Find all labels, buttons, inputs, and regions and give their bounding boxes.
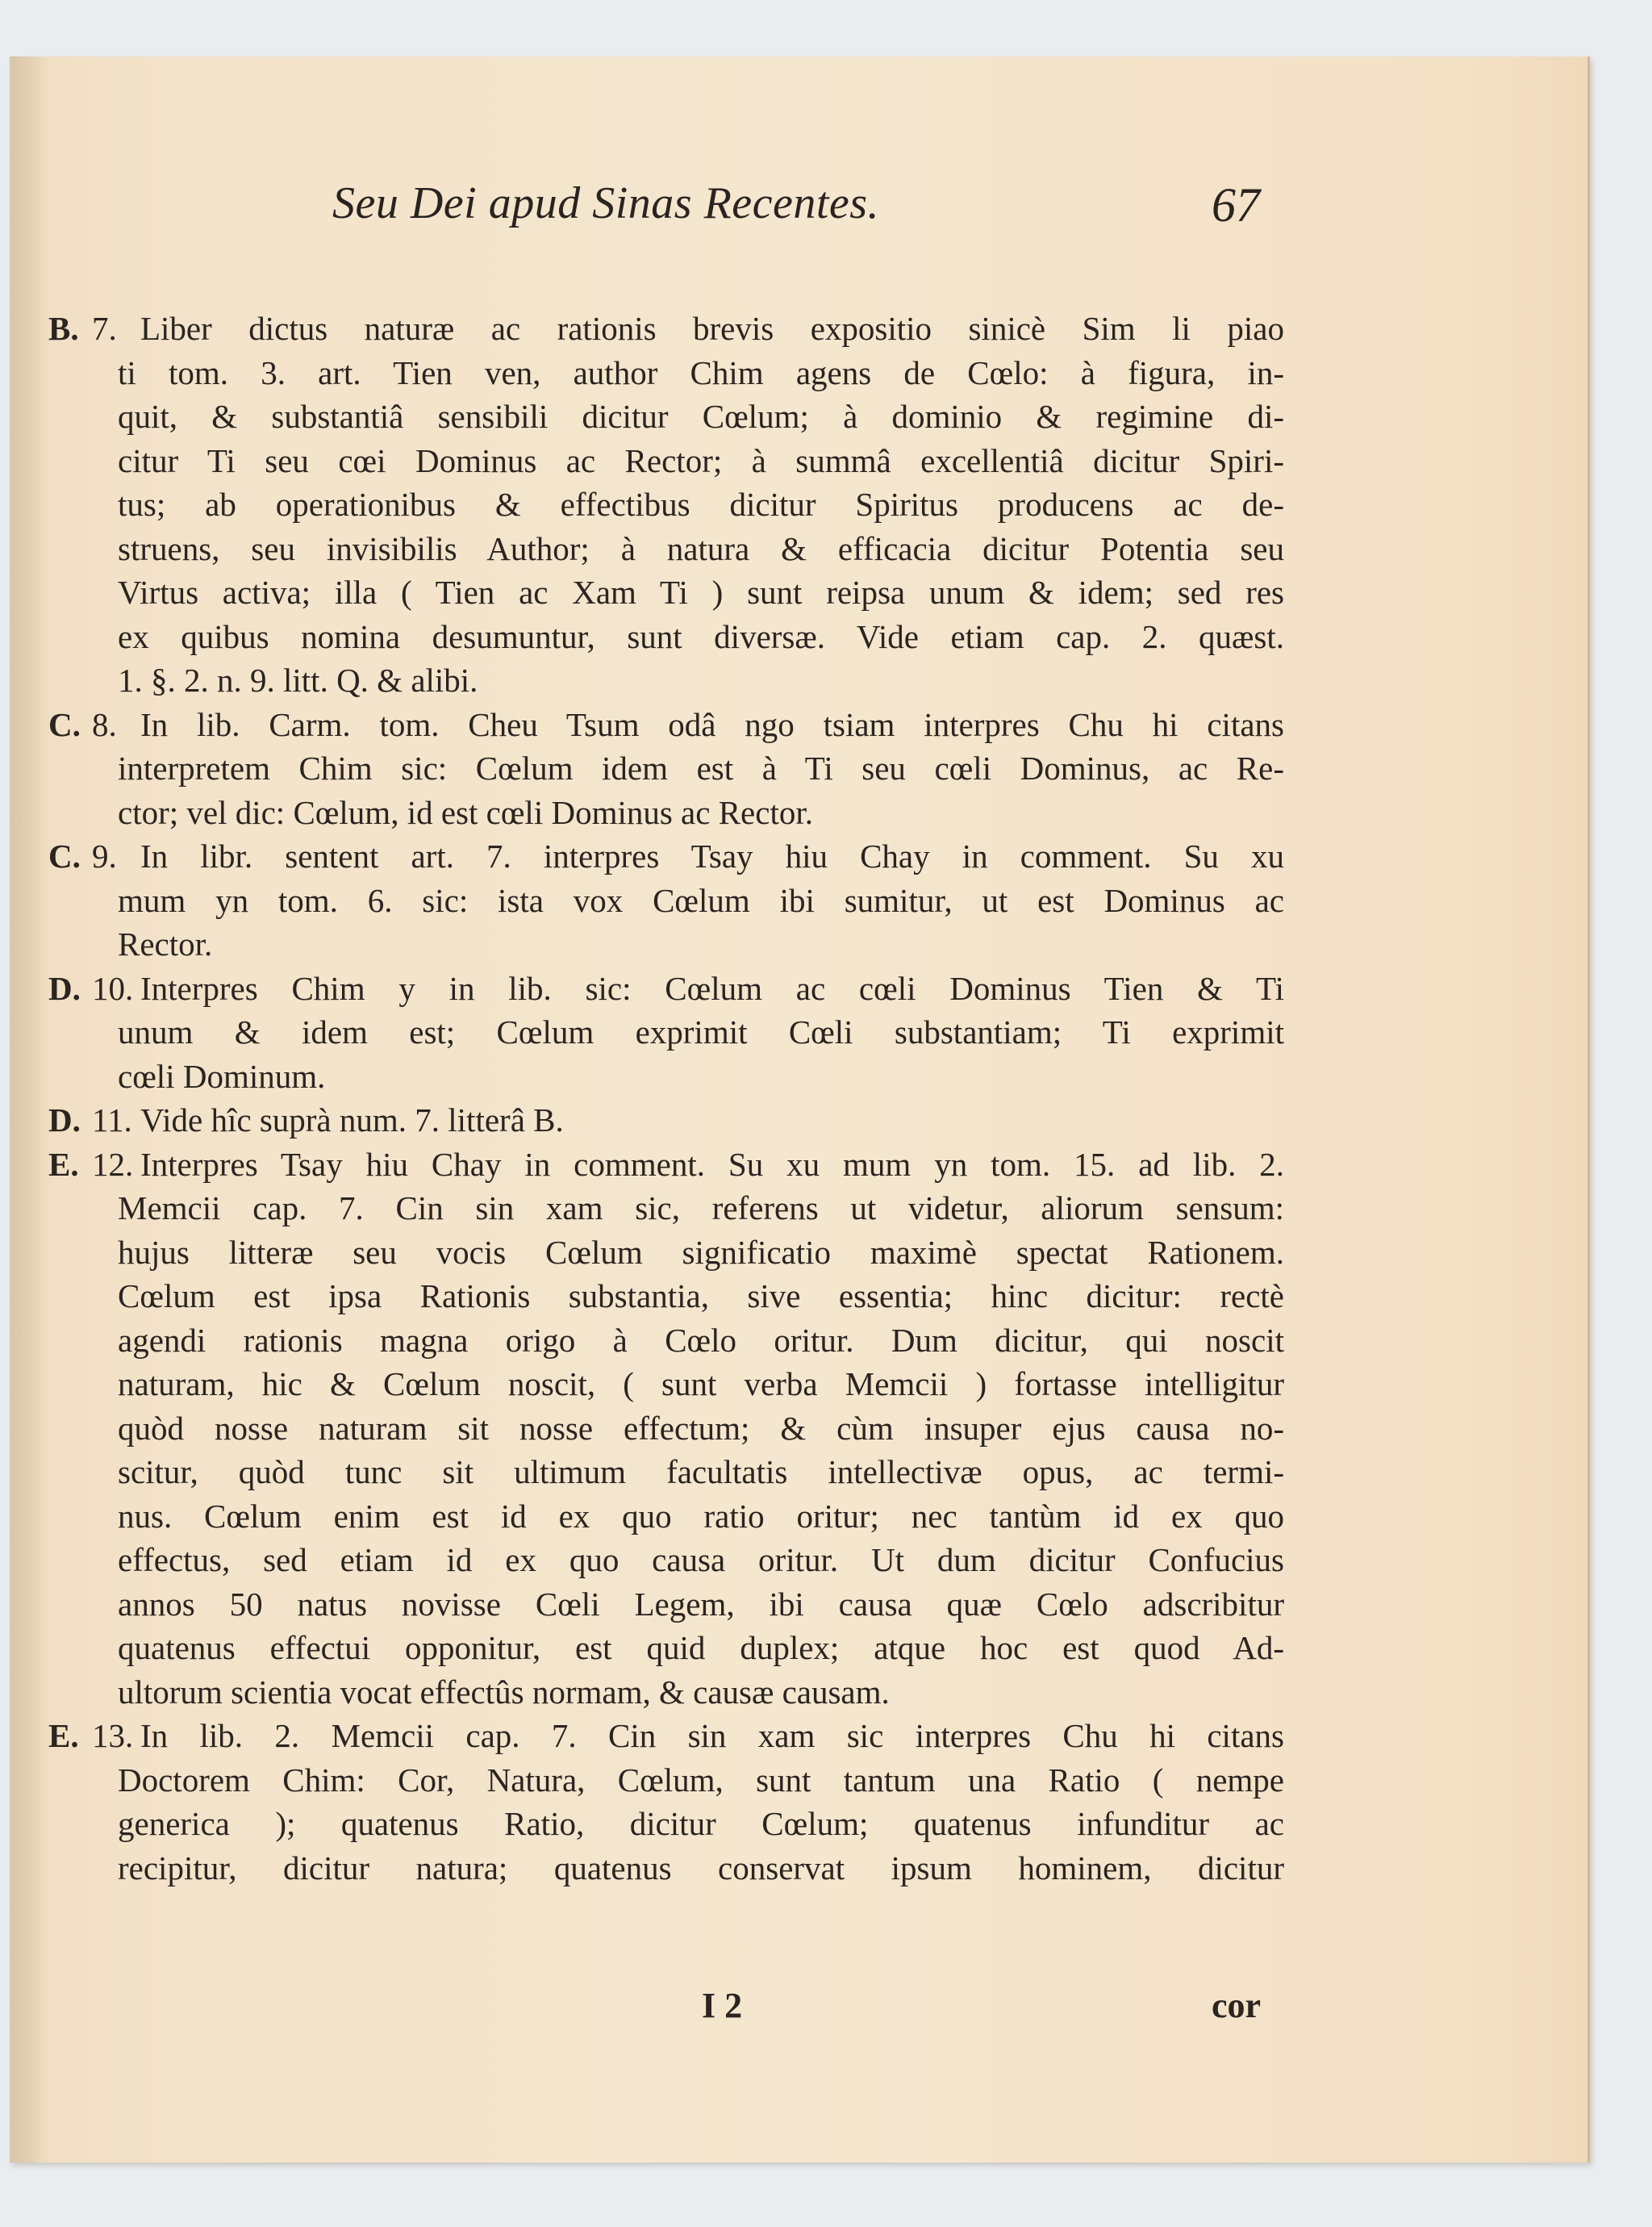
page-number: 67 bbox=[1212, 178, 1260, 233]
entry-number: 10. bbox=[92, 967, 140, 1011]
text-line: unum & idem est; Cœlum exprimit Cœli sub… bbox=[48, 1010, 1284, 1055]
text-line: naturam, hic & Cœlum noscit, ( sunt verb… bbox=[48, 1362, 1284, 1406]
text-line: ti tom. 3. art. Tien ven, author Chim ag… bbox=[48, 351, 1284, 395]
entry-8: C.8.In lib. Carm. tom. Cheu Tsum odâ ngo… bbox=[48, 703, 1284, 835]
text-line: generica ); quatenus Ratio, dicitur Cœlu… bbox=[48, 1802, 1284, 1846]
line-text: Interpres Tsay hiu Chay in comment. Su x… bbox=[140, 1146, 1284, 1183]
marginal-letter: B. bbox=[48, 307, 92, 351]
text-line: mum yn tom. 6. sic: ista vox Cœlum ibi s… bbox=[48, 879, 1284, 923]
text-line: quatenus effectui opponitur, est quid du… bbox=[48, 1626, 1284, 1670]
entry-10: D.10.Interpres Chim y in lib. sic: Cœlum… bbox=[48, 967, 1284, 1099]
line-text: In libr. sentent art. 7. interpres Tsay … bbox=[140, 838, 1284, 875]
text-line: interpretem Chim sic: Cœlum idem est à T… bbox=[48, 746, 1284, 791]
text-line: ultorum scientia vocat effectûs normam, … bbox=[48, 1670, 1284, 1715]
text-line: ex quibus nomina desumuntur, sunt divers… bbox=[48, 615, 1284, 659]
entry-9: C.9.In libr. sentent art. 7. interpres T… bbox=[48, 834, 1284, 967]
marginal-letter: C. bbox=[48, 834, 92, 879]
text-line: agendi rationis magna origo à Cœlo oritu… bbox=[48, 1318, 1284, 1363]
marginal-letter: D. bbox=[48, 967, 92, 1011]
text-line: struens, seu invisibilis Author; à natur… bbox=[48, 527, 1284, 571]
text-line: E.12.Interpres Tsay hiu Chay in comment.… bbox=[48, 1143, 1284, 1187]
text-line: recipitur, dicitur natura; quatenus cons… bbox=[48, 1846, 1284, 1891]
page-header: Seu Dei apud Sinas Recentes. 67 bbox=[10, 178, 1587, 242]
text-line: E.13.In lib. 2. Memcii cap. 7. Cin sin x… bbox=[48, 1714, 1284, 1758]
line-text: In lib. Carm. tom. Cheu Tsum odâ ngo tsi… bbox=[140, 706, 1284, 743]
entry-13: E.13.In lib. 2. Memcii cap. 7. Cin sin x… bbox=[48, 1714, 1284, 1890]
text-line: Virtus activa; illa ( Tien ac Xam Ti ) s… bbox=[48, 570, 1284, 615]
text-line: scitur, quòd tunc sit ultimum facultatis… bbox=[48, 1450, 1284, 1494]
text-line: quit, & substantiâ sensibili dicitur Cœl… bbox=[48, 395, 1284, 439]
line-text: Liber dictus naturæ ac rationis brevis e… bbox=[140, 310, 1284, 347]
text-line: 1. §. 2. n. 9. litt. Q. & alibi. bbox=[48, 658, 1284, 703]
marginal-letter: E. bbox=[48, 1714, 92, 1758]
text-line: B.7.Liber dictus naturæ ac rationis brev… bbox=[48, 307, 1284, 351]
entry-7: B.7.Liber dictus naturæ ac rationis brev… bbox=[48, 307, 1284, 703]
entry-number: 8. bbox=[92, 703, 140, 747]
body-text: B.7.Liber dictus naturæ ac rationis brev… bbox=[48, 307, 1284, 1890]
text-line: quòd nosse naturam sit nosse effectum; &… bbox=[48, 1406, 1284, 1451]
marginal-letter: E. bbox=[48, 1143, 92, 1187]
text-line: annos 50 natus novisse Cœli Legem, ibi c… bbox=[48, 1582, 1284, 1627]
text-line: C.9.In libr. sentent art. 7. interpres T… bbox=[48, 834, 1284, 879]
text-line: Cœlum est ipsa Rationis substantia, sive… bbox=[48, 1274, 1284, 1318]
text-line: D.10.Interpres Chim y in lib. sic: Cœlum… bbox=[48, 967, 1284, 1011]
text-line: hujus litteræ seu vocis Cœlum significat… bbox=[48, 1230, 1284, 1275]
text-line: nus. Cœlum enim est id ex quo ratio orit… bbox=[48, 1494, 1284, 1539]
text-line: citur Ti seu cœi Dominus ac Rector; à su… bbox=[48, 439, 1284, 483]
entry-number: 12. bbox=[92, 1143, 140, 1187]
entry-number: 7. bbox=[92, 307, 140, 351]
entry-12: E.12.Interpres Tsay hiu Chay in comment.… bbox=[48, 1143, 1284, 1715]
text-line: Rector. bbox=[48, 922, 1284, 967]
signature-mark: I 2 bbox=[702, 1985, 742, 2026]
text-line: ctor; vel dic: Cœlum, id est cœli Dominu… bbox=[48, 791, 1284, 835]
text-line: cœli Dominum. bbox=[48, 1055, 1284, 1099]
catchword: cor bbox=[1212, 1985, 1261, 2026]
text-line: Memcii cap. 7. Cin sin xam sic, referens… bbox=[48, 1186, 1284, 1230]
text-line: C.8.In lib. Carm. tom. Cheu Tsum odâ ngo… bbox=[48, 703, 1284, 747]
entry-11: D.11.Vide hîc suprà num. 7. litterâ B. bbox=[48, 1098, 1284, 1143]
line-text: Vide hîc suprà num. 7. litterâ B. bbox=[140, 1101, 564, 1139]
running-title: Seu Dei apud Sinas Recentes. bbox=[332, 178, 879, 229]
marginal-letter: D. bbox=[48, 1098, 92, 1143]
text-line: D.11.Vide hîc suprà num. 7. litterâ B. bbox=[48, 1098, 1284, 1143]
entry-number: 13. bbox=[92, 1714, 140, 1758]
entry-number: 11. bbox=[92, 1098, 140, 1143]
page-footer: I 2 cor bbox=[10, 1985, 1587, 2033]
marginal-letter: C. bbox=[48, 703, 92, 747]
entry-number: 9. bbox=[92, 834, 140, 879]
text-line: effectus, sed etiam id ex quo causa orit… bbox=[48, 1538, 1284, 1582]
book-page: Seu Dei apud Sinas Recentes. 67 B.7.Libe… bbox=[10, 56, 1590, 2162]
line-text: In lib. 2. Memcii cap. 7. Cin sin xam si… bbox=[140, 1717, 1284, 1754]
page-gutter-shadow bbox=[10, 56, 50, 2162]
line-text: Interpres Chim y in lib. sic: Cœlum ac c… bbox=[140, 970, 1284, 1007]
text-line: tus; ab operationibus & effectibus dicit… bbox=[48, 483, 1284, 527]
text-line: Doctorem Chim: Cor, Natura, Cœlum, sunt … bbox=[48, 1758, 1284, 1803]
